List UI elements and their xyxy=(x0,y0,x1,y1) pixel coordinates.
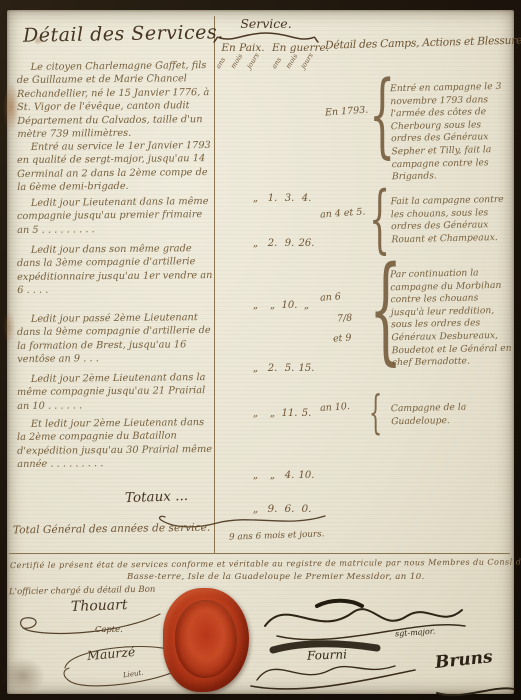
duration-row: „ „ 4. 10. xyxy=(247,470,315,481)
rule-bottom-2 xyxy=(9,553,510,554)
certification-place-date: Basse-terre, Isle de la Guadeloupe le Pr… xyxy=(127,572,425,582)
campaign-note: Fait la campagne contre les chouans, sou… xyxy=(390,194,511,247)
duration-row: „ „ 10. „ xyxy=(247,300,315,311)
jours-value: 15. xyxy=(298,363,315,374)
paix-mark: „ xyxy=(247,238,264,249)
red-wax-seal xyxy=(163,588,249,692)
signature-right-flourish xyxy=(432,675,517,700)
service-entry: Entré au service le 1er Janvier 1793 en … xyxy=(17,139,214,195)
paix-mark: „ xyxy=(247,193,264,204)
mois-value: 3. xyxy=(281,193,298,204)
unit-label-jours: jours xyxy=(299,52,315,70)
grand-total-value: 9 ans 6 mois et jours. xyxy=(229,529,325,542)
paix-mark: „ xyxy=(247,408,264,419)
service-entry: Et ledit jour 2ème Lieutenant dans la 2è… xyxy=(17,416,214,472)
campaign-year: En 1793. xyxy=(325,105,369,119)
grand-total-label: Total Général des années de service. xyxy=(13,522,210,537)
signature-captain-title: Capte. xyxy=(95,624,123,634)
paix-mark: „ xyxy=(247,470,264,481)
unit-label-ans: ans xyxy=(270,56,283,70)
mois-value: 9. xyxy=(281,238,298,249)
left-column-title: Détail des Services. xyxy=(23,21,224,46)
ans-value: 2. xyxy=(264,238,281,249)
jours-value: 26. xyxy=(298,238,315,249)
service-entry: Ledit jour 2ème Lieutenant dans la même … xyxy=(17,371,213,413)
mois-value: 5. xyxy=(281,363,298,374)
certification-line: Certifié le présent état de services con… xyxy=(10,556,521,570)
signature-fournier-flourish xyxy=(245,636,420,694)
rule-col-left xyxy=(214,16,215,553)
paix-mark: „ xyxy=(247,363,264,374)
service-entry: Ledit jour dans son même grade dans la 3… xyxy=(17,242,214,298)
paper-stain xyxy=(3,310,15,344)
duration-row: „ „ 11. 5. xyxy=(247,408,315,419)
mois-value: 10. xyxy=(281,300,298,311)
campaign-year: an 10. xyxy=(320,401,351,414)
wax-seal-impression xyxy=(175,600,237,678)
campaign-year-part: 7/8 xyxy=(337,312,353,324)
unit-label-ans: ans xyxy=(214,56,227,70)
ans-value: „ xyxy=(264,408,281,419)
unit-label-jours: jours xyxy=(245,52,261,70)
mois-value: 4. xyxy=(281,470,298,481)
photographed-document: Détail des Services. Service. En Paix. E… xyxy=(0,0,521,700)
signature-captain-flourish xyxy=(15,606,165,640)
ans-value: „ xyxy=(264,300,281,311)
campaign-year: an 6 xyxy=(320,291,342,303)
mois-value: 11. xyxy=(281,408,298,419)
duration-row: „ 2. 9. 26. xyxy=(247,238,315,249)
officer-in-charge-line: L'officier chargé du détail du Bon xyxy=(9,585,156,598)
totals-label: Totaux ... xyxy=(125,488,189,506)
service-entry: Le citoyen Charlemagne Gaffet, fils de G… xyxy=(17,59,214,141)
campaign-year: an 4 et 5. xyxy=(320,206,366,220)
ans-value: 1. xyxy=(264,193,281,204)
manuscript-paper: Détail des Services. Service. En Paix. E… xyxy=(7,10,514,694)
ans-value: 2. xyxy=(264,363,281,374)
service-column-title: Service. xyxy=(214,16,318,31)
duration-row: „ 2. 5. 15. xyxy=(247,363,315,374)
ans-value: „ xyxy=(264,470,281,481)
right-column-title: Détail des Camps, Actions et Blessures. xyxy=(325,33,521,51)
campaign-note: Par continuation la campagne du Morbihan… xyxy=(390,267,512,370)
campaign-note: Campagne de la Guadeloupe. xyxy=(391,401,512,429)
campaign-brace: { xyxy=(369,392,382,433)
campaign-note: Entré en campagne le 3 novembre 1793 dan… xyxy=(390,81,512,184)
jours-value: 4. xyxy=(298,193,315,204)
paix-mark: „ xyxy=(247,300,264,311)
paper-stain xyxy=(1,658,45,694)
duration-row: „ 1. 3. 4. xyxy=(247,193,315,204)
service-entry: Ledit jour Lieutenant dans la même compa… xyxy=(17,195,213,237)
jours-value: 10. xyxy=(298,470,315,481)
campaign-year-part: et 9 xyxy=(333,332,352,344)
jours-value: 5. xyxy=(298,408,315,419)
peace-column-header: En Paix. xyxy=(217,42,269,54)
jours-value: „ xyxy=(298,300,315,311)
service-entry: Ledit jour passé 2ème Lieutenant dans la… xyxy=(17,311,214,367)
unit-label-mois: mois xyxy=(284,52,299,70)
signature-right: Bruns xyxy=(434,647,493,673)
unit-label-mois: mois xyxy=(229,52,244,70)
